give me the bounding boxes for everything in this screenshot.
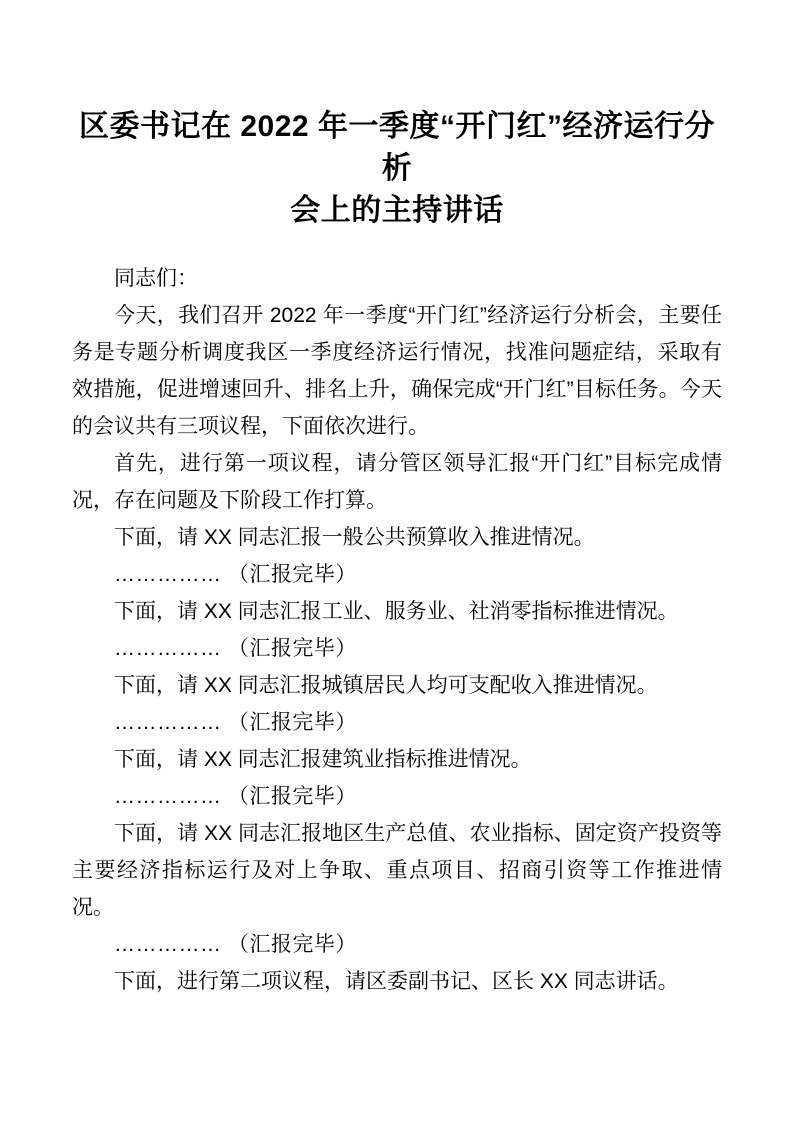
- document-page: 区委书记在 2022 年一季度“开门红”经济运行分析 会上的主持讲话 同志们： …: [0, 0, 794, 1122]
- document-title: 区委书记在 2022 年一季度“开门红”经济运行分析 会上的主持讲话: [72, 106, 722, 232]
- report-complete-line: …………… （汇报完毕）: [72, 556, 722, 593]
- report-request-construction: 下面，请 XX 同志汇报建筑业指标推进情况。: [72, 741, 722, 778]
- report-complete-line: …………… （汇报完毕）: [72, 630, 722, 667]
- report-complete-line: …………… （汇报完毕）: [72, 926, 722, 963]
- document-title-line-1: 区委书记在 2022 年一季度“开门红”经济运行分析: [72, 106, 722, 190]
- report-complete-line: …………… （汇报完毕）: [72, 778, 722, 815]
- report-request-budget-revenue: 下面，请 XX 同志汇报一般公共预算收入推进情况。: [72, 519, 722, 556]
- report-complete-line: …………… （汇报完毕）: [72, 704, 722, 741]
- agenda-two-line: 下面，进行第二项议程，请区委副书记、区长 XX 同志讲话。: [72, 963, 722, 1000]
- report-request-resident-income: 下面，请 XX 同志汇报城镇居民人均可支配收入推进情况。: [72, 667, 722, 704]
- report-request-gdp-investment: 下面，请 XX 同志汇报地区生产总值、农业指标、固定资产投资等主要经济指标运行及…: [72, 815, 722, 926]
- document-content: 区委书记在 2022 年一季度“开门红”经济运行分析 会上的主持讲话 同志们： …: [0, 0, 794, 1000]
- opening-paragraph: 今天，我们召开 2022 年一季度“开门红”经济运行分析会，主要任务是专题分析调…: [72, 297, 722, 445]
- agenda-one-paragraph: 首先，进行第一项议程，请分管区领导汇报“开门红”目标完成情况，存在问题及下阶段工…: [72, 445, 722, 519]
- salutation: 同志们：: [72, 260, 722, 297]
- document-title-line-2: 会上的主持讲话: [72, 190, 722, 232]
- report-request-industry-services: 下面，请 XX 同志汇报工业、服务业、社消零指标推进情况。: [72, 593, 722, 630]
